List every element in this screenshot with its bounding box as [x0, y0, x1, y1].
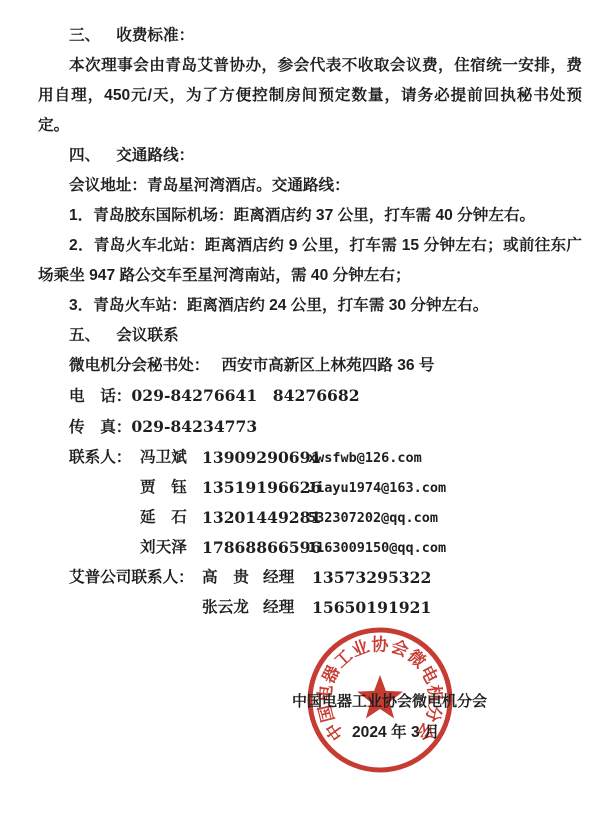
section-transport-title: 交通路线： [116, 147, 194, 164]
route-item-railway-station: 3．青岛火车站：距离酒店约 24 公里，打车需 30 分钟左右。 [38, 291, 582, 321]
section-transport-heading: 四、交通路线： [38, 141, 582, 171]
contact-name: 冯卫斌 [140, 443, 202, 473]
contact-row: 贾 钰 13519196626 Jiayu1974@163.com [38, 473, 582, 503]
document-page: 三、收费标准： 本次理事会由青岛艾普协办，参会代表不收取会议费，住宿统一安排，费… [0, 0, 600, 822]
section-fee-heading: 三、收费标准： [38, 21, 582, 51]
contact-row: 联系人： 冯卫斌 13909290691 xwsfwb@126.com [38, 443, 582, 473]
aipu-contact-name: 张云龙 [202, 593, 263, 623]
contact-name: 延 石 [140, 503, 202, 533]
aipu-contact-title: 经理 [263, 593, 312, 623]
secretariat-address: 西安市高新区上林苑四路 36 号 [221, 357, 434, 374]
section-fee-title: 收费标准： [116, 27, 194, 44]
aipu-contact-title: 经理 [263, 563, 312, 593]
contact-phone: 13519196626 [202, 473, 308, 503]
phone-numbers: 029-84276641 84276682 [131, 386, 359, 405]
contact-email: 532307202@qq.com [308, 503, 582, 533]
contact-phone: 13909290691 [202, 443, 308, 473]
phone-label: 电 话： [69, 388, 131, 405]
contact-phone: 13201449281 [202, 503, 308, 533]
fax-number: 029-84234773 [131, 417, 257, 436]
aipu-contacts-label: 艾普公司联系人： [38, 563, 202, 593]
aipu-contact-row: 张云龙 经理 15650191921 [38, 593, 582, 623]
document-body: 三、收费标准： 本次理事会由青岛艾普协办，参会代表不收取会议费，住宿统一安排，费… [0, 0, 600, 623]
seal-ring-char: 协 [372, 635, 390, 655]
footer-organization: 中国电器工业协会微电机分会 [292, 690, 487, 714]
contact-row: 刘天泽 17868866596 1163009150@qq.com [38, 533, 582, 563]
aipu-contact-row: 艾普公司联系人： 高 贵 经理 13573295322 [38, 563, 582, 593]
route-item-airport: 1．青岛胶东国际机场：距离酒店约 37 公里，打车需 40 分钟左右。 [38, 201, 582, 231]
aipu-contact-phone: 15650191921 [312, 593, 582, 623]
fax-label: 传 真： [69, 419, 131, 436]
contact-email: xwsfwb@126.com [308, 443, 582, 473]
contact-email: 1163009150@qq.com [308, 533, 582, 563]
contact-phone: 17868866596 [202, 533, 308, 563]
route-item-north-station: 2．青岛火车北站：距离酒店约 9 公里，打车需 15 分钟左右；或前往东广场乘坐… [38, 231, 582, 291]
contacts-label: 联系人： [38, 443, 140, 473]
aipu-contact-phone: 13573295322 [312, 563, 582, 593]
footer-date: 2024 年 3 月 [352, 721, 440, 745]
phone-line: 电 话：029-84276641 84276682 [38, 381, 582, 412]
section-contact-heading: 五、会议联系 [38, 321, 582, 351]
contact-row: 延 石 13201449281 532307202@qq.com [38, 503, 582, 533]
section-contact-number: 五、 [69, 327, 100, 344]
contact-email: Jiayu1974@163.com [308, 473, 582, 503]
aipu-contact-name: 高 贵 [202, 563, 263, 593]
meeting-address-line: 会议地址：青岛星河湾酒店。交通路线： [38, 171, 582, 201]
contact-name: 贾 钰 [140, 473, 202, 503]
section-fee-number: 三、 [69, 27, 100, 44]
fax-line: 传 真：029-84234773 [38, 412, 582, 443]
secretariat-label: 微电机分会秘书处： [69, 357, 209, 374]
section-contact-title: 会议联系 [116, 327, 178, 344]
fee-paragraph: 本次理事会由青岛艾普协办，参会代表不收取会议费，住宿统一安排，费用自理，450元… [38, 51, 582, 141]
contact-name: 刘天泽 [140, 533, 202, 563]
secretariat-line: 微电机分会秘书处：西安市高新区上林苑四路 36 号 [38, 351, 582, 381]
section-transport-number: 四、 [69, 147, 100, 164]
